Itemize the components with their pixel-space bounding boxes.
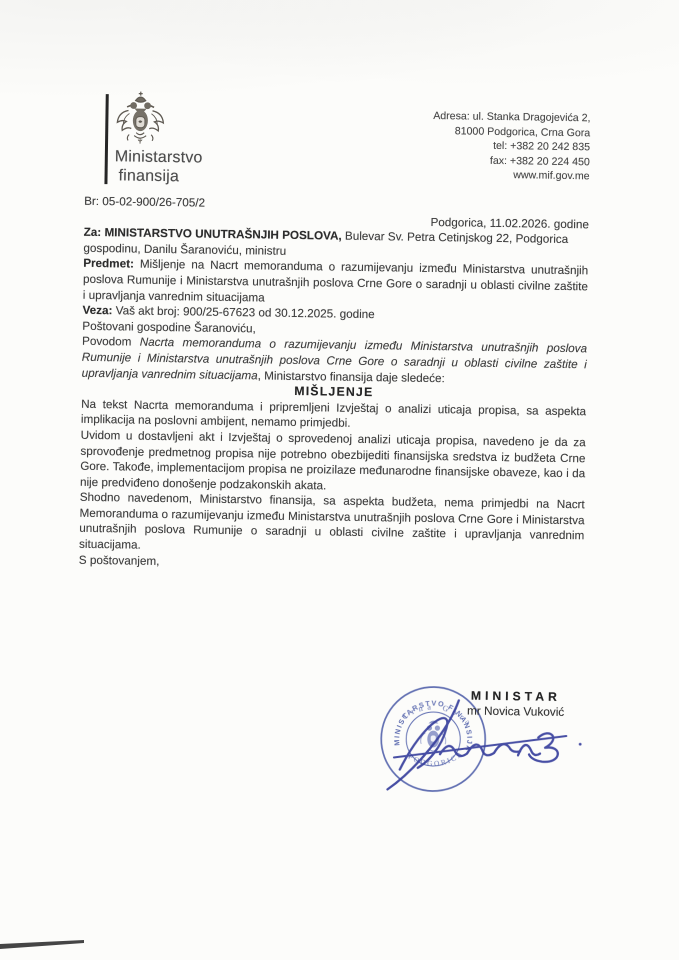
subject-line: Predmet: Mišljenje na Nacrt memoranduma … [83,256,589,310]
letterhead-divider [104,94,108,184]
letter-body: Br: 05-02-900/26-705/2 Podgorica, 11.02.… [79,194,589,576]
signatory-title: MINISTAR [449,688,583,704]
signatory-name: mr Novica Vuković [449,703,583,719]
subject-label: Predmet: [83,257,134,271]
scanned-letter-page: Ministarstvo finansija Adresa: ul. Stank… [0,0,679,960]
recipient-name: MINISTARSTVO UNUTRAŠNJIH POSLOVA, [104,226,341,243]
opinion-paragraph-3: Shodno navedenom, Ministarstvo finansija… [79,490,585,560]
letterhead-address: Adresa: ul. Stanka Dragojevića 2, 81000 … [360,108,591,184]
website-link: www.mif.gov.me [360,166,590,184]
ministry-name-line1: Ministarstvo [115,147,219,168]
reference-text: Vaš akt broj: 900/25-67623 od 30.12.2025… [116,304,375,321]
scan-edge-artifact [0,936,120,960]
opinion-paragraph-2: Uvidom u dostavljeni akt i Izvještaj o s… [80,428,586,498]
letter-content: Ministarstvo finansija Adresa: ul. Stank… [0,0,679,960]
subject-text: Mišljenje na Nacrt memoranduma o razumij… [83,258,589,304]
signatory-block: MINISTAR mr Novica Vuković [449,688,583,719]
ministry-name-line2: finansija [114,166,218,187]
reference-label: Veza: [82,304,112,317]
recipient-label: Za: [84,226,102,239]
intro-prefix: Povodom [82,335,140,349]
montenegro-coat-of-arms-icon [114,90,167,152]
intro-suffix: , Ministarstvo finansija daje sledeće: [258,369,445,385]
intro-paragraph: Povodom Nacrta memoranduma o razumijevan… [82,334,588,388]
ministry-name: Ministarstvo finansija [114,147,219,187]
recipient-address: Bulevar Sv. Petra Cetinjskog 22, Podgori… [345,230,568,246]
